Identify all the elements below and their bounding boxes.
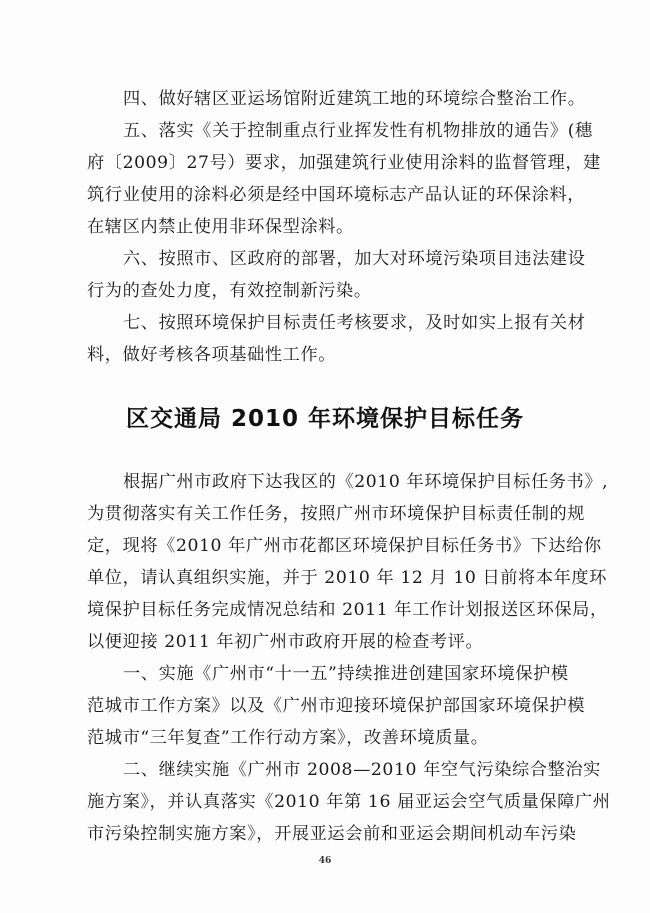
paragraph-line: 行为的查处力度，有效控制新污染。 — [87, 275, 565, 307]
paragraph-line: 一、实施《广州市“十一五”持续推进创建国家环境保护模 — [123, 658, 565, 690]
paragraph-line: 施方案》，并认真落实《2010 年第 16 届亚运会空气质量保障广州 — [87, 786, 565, 818]
paragraph-line: 以便迎接 2011 年初广州市政府开展的检查考评。 — [87, 626, 565, 658]
paragraph-line: 二、继续实施《广州市 2008—2010 年空气污染综合整治实 — [123, 754, 565, 786]
document-page: 四、做好辖区亚运场馆附近建筑工地的环境综合整治工作。 五、落实《关于控制重点行业… — [0, 0, 650, 913]
paragraph-line: 筑行业使用的涂料必须是经中国环境标志产品认证的环保涂料， — [87, 179, 565, 211]
paragraph-line: 四、做好辖区亚运场馆附近建筑工地的环境综合整治工作。 — [123, 83, 565, 115]
paragraph-line: 单位，请认真组织实施，并于 2010 年 12 月 10 日前将本年度环 — [87, 562, 565, 594]
paragraph-line: 范城市工作方案》以及《广州市迎接环境保护部国家环境保护模 — [87, 690, 565, 722]
paragraph-line: 境保护目标任务完成情况总结和 2011 年工作计划报送区环保局， — [87, 594, 565, 626]
page-number: 46 — [0, 856, 650, 866]
paragraph-line: 五、落实《关于控制重点行业挥发性有机物排放的通告》(穗 — [123, 115, 565, 147]
paragraph-line: 范城市“三年复查”工作行动方案》，改善环境质量。 — [87, 722, 565, 754]
paragraph-line: 市污染控制实施方案》，开展亚运会前和亚运会期间机动车污染 — [87, 818, 565, 850]
paragraph-line: 料，做好考核各项基础性工作。 — [87, 339, 565, 371]
paragraph-line: 六、按照市、区政府的部署，加大对环境污染项目违法建设 — [123, 243, 565, 275]
paragraph-line: 为贯彻落实有关工作任务，按照广州市环境保护目标责任制的规 — [87, 498, 565, 530]
paragraph-line: 在辖区内禁止使用非环保型涂料。 — [87, 211, 565, 243]
paragraph-line: 府〔2009〕27号）要求，加强建筑行业使用涂料的监督管理，建 — [87, 147, 565, 179]
section-title: 区交通局 2010 年环境保护目标任务 — [0, 400, 650, 433]
paragraph-line: 定，现将《2010 年广州市花都区环境保护目标任务书》下达给你 — [87, 530, 565, 562]
paragraph-line: 根据广州市政府下达我区的《2010 年环境保护目标任务书》, — [123, 466, 565, 498]
paragraph-line: 七、按照环境保护目标责任考核要求，及时如实上报有关材 — [123, 307, 565, 339]
